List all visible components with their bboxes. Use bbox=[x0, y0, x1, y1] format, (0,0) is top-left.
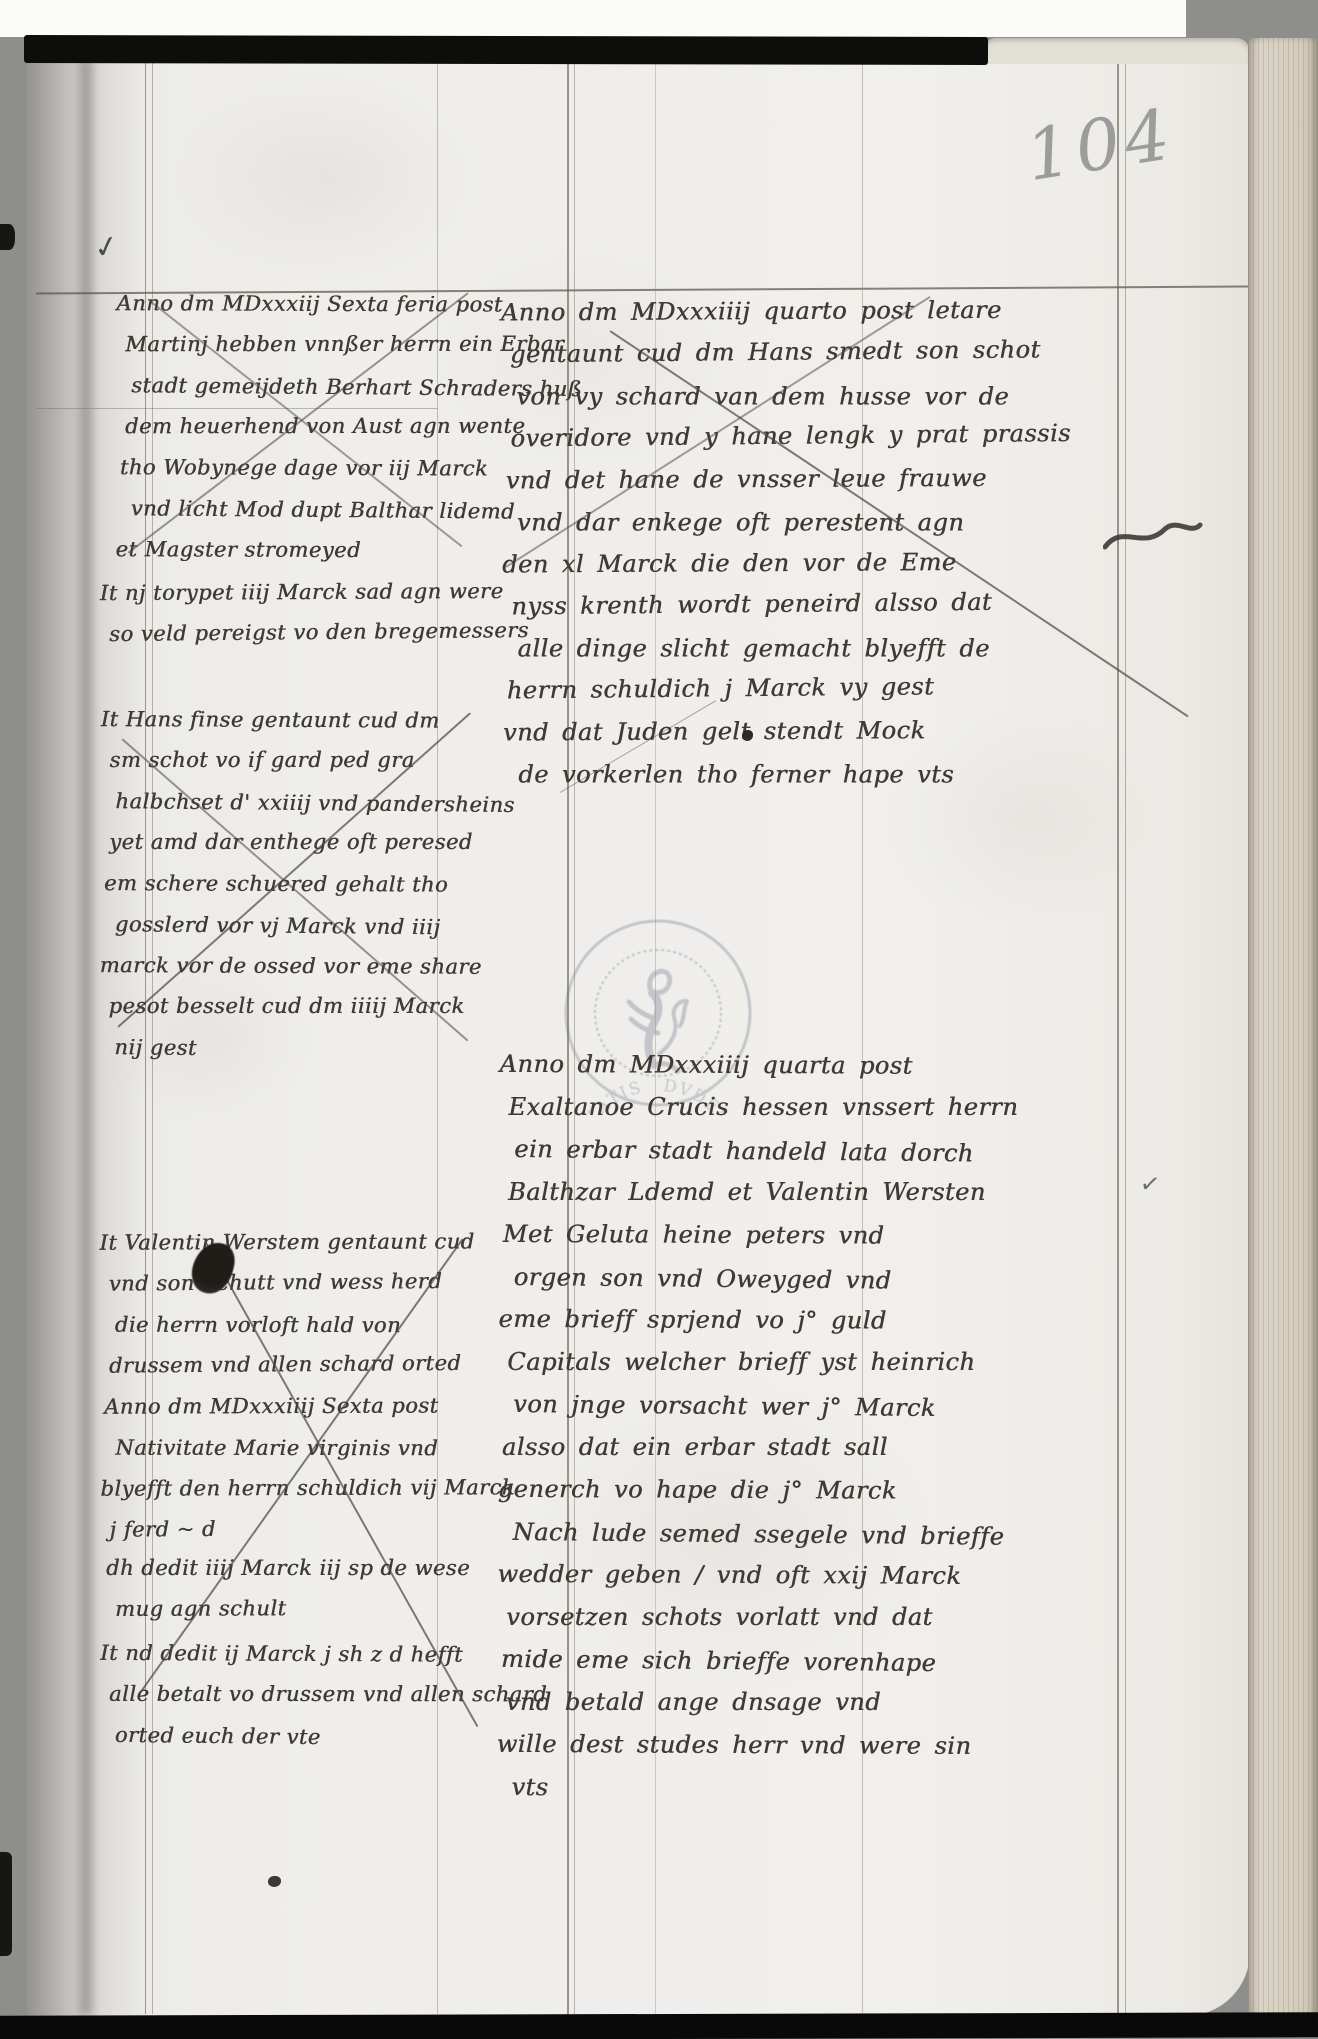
right-margin-rule-inner bbox=[1125, 60, 1126, 2014]
handwritten-line: ein erbar stadt handeld lata dorch bbox=[514, 1128, 1018, 1175]
handwritten-line: yet amd dar enthege oft peresed bbox=[109, 822, 514, 863]
book-cover-bottom-edge bbox=[0, 2012, 1318, 2039]
handwritten-line: It nj torypet iiij Marck sad agn were bbox=[100, 571, 529, 614]
right-margin-rule bbox=[1117, 60, 1119, 2014]
handwritten-line: dh dedit iiij Marck iij sp de wese bbox=[106, 1548, 470, 1589]
handwritten-line: orted euch der vte bbox=[115, 1715, 548, 1761]
handwritten-line: wedder geben / vnd oft xxij Marck bbox=[497, 1553, 1016, 1598]
handwritten-line: blyefft den herrn schuldich vij Marck bbox=[100, 1467, 515, 1509]
handwritten-line: vorsetzen schots vorlatt vnd dat bbox=[506, 1595, 1016, 1638]
handwritten-line: mide eme sich brieffe vorenhape bbox=[501, 1638, 1016, 1685]
entry-block-right-1: Anno dm MDxxxiiij quarto post letaregent… bbox=[501, 289, 1073, 796]
handwritten-line: Anno dm MDxxxiiij quarto post letare bbox=[501, 289, 1071, 334]
book-cover-top-edge bbox=[24, 35, 988, 65]
scanner-corner-gray bbox=[1186, 0, 1318, 42]
handwritten-line: mug agn schult bbox=[115, 1587, 470, 1630]
scanner-top-margin bbox=[0, 0, 1190, 37]
handwritten-line: marck vor de ossed vor eme share bbox=[100, 945, 515, 988]
entry-block-left-2: It nj torypet iiij Marck sad agn wereso … bbox=[100, 571, 529, 655]
handwritten-line: halbchset d' xxiiij vnd pandersheins bbox=[115, 781, 515, 826]
handwritten-line: Balthzar Ldemd et Valentin Wersten bbox=[508, 1170, 1018, 1213]
handwritten-line: drussem vnd allen schard orted bbox=[109, 1343, 515, 1387]
handwritten-line: nij gest bbox=[114, 1027, 514, 1072]
entry-block-left-3: It Hans finse gentaunt cud dmsm schot vo… bbox=[99, 699, 515, 1070]
binding-gutter-crease bbox=[80, 58, 92, 2016]
handwritten-line: den xl Marck die den vor de Eme bbox=[502, 541, 1072, 586]
handwritten-line: em schere schuered gehalt tho bbox=[104, 863, 515, 906]
handwritten-line: Exaltanoe Crucis hessen vnssert herrn bbox=[508, 1085, 1018, 1128]
handwritten-line: die herrn vorloft hald von bbox=[115, 1305, 515, 1347]
handwritten-line: vnd dat Juden gelt stendt Mock bbox=[503, 709, 1073, 754]
handwritten-line: Met Geluta heine peters vnd bbox=[503, 1213, 1018, 1258]
page-stack-edge bbox=[1248, 38, 1318, 2020]
entry-block-right-2: Anno dm MDxxxiiij quarta postExaltanoe C… bbox=[496, 1043, 1018, 1810]
handwritten-line: alsso dat ein erbar stadt sall bbox=[502, 1425, 1017, 1468]
handwritten-line: Nach lude semed ssegele vnd brieffe bbox=[512, 1510, 1016, 1557]
handwritten-line: vnd son Schutt vnd wess herd bbox=[108, 1261, 514, 1305]
handwritten-line: de vorkerlen tho ferner hape vts bbox=[518, 753, 1072, 795]
manuscript-scan: DVDERSTADENSIS + SECRETVM + CIVITATIS 10… bbox=[0, 0, 1318, 2039]
handwritten-line: vnd betald ange dnsage vnd bbox=[506, 1680, 1016, 1723]
entry-block-left-4: It Valentin Werstem gentaunt cudvnd son … bbox=[99, 1221, 515, 1550]
handwritten-line: It Valentin Werstem gentaunt cud bbox=[99, 1221, 514, 1263]
heavy-flourish bbox=[1103, 515, 1203, 560]
handwritten-line: alle betalt vo drussem vnd allen schard bbox=[109, 1674, 547, 1715]
handwritten-line: wille dest studes herr vnd were sin bbox=[497, 1723, 1016, 1768]
handwritten-line: herrn schuldich j Marck vy gest bbox=[507, 664, 1073, 711]
handwritten-line: Capitals welcher brieff yst heinrich bbox=[507, 1340, 1017, 1383]
handwritten-line: Anno dm MDxxxiiij Sexta post bbox=[104, 1385, 515, 1427]
handwritten-line: alle dinge slicht gemacht blyefft de bbox=[518, 627, 1072, 669]
checkmark-right: ✓ bbox=[1138, 1169, 1162, 1200]
handwritten-line: orgen son vnd Oweyged vnd bbox=[513, 1255, 1017, 1302]
handwritten-line: Nativitate Marie virginis vnd bbox=[115, 1428, 515, 1470]
handwritten-line: It Hans finse gentaunt cud dm bbox=[101, 699, 516, 742]
book-spine-mark bbox=[0, 1852, 12, 1956]
handwritten-line: sm schot vo if gard ped gra bbox=[110, 740, 515, 781]
handwritten-line: Anno dm MDxxxiiij quarta post bbox=[499, 1043, 1018, 1088]
handwritten-line: nyss krenth wordt peneird alsso dat bbox=[511, 580, 1072, 627]
page-top-edge bbox=[984, 38, 1250, 64]
handwritten-line: generch vo hape die j° Marck bbox=[498, 1468, 1017, 1513]
book-spine-mark bbox=[0, 224, 15, 250]
handwritten-line: gentaunt cud dm Hans smedt son schot bbox=[510, 328, 1071, 375]
handwritten-line: so veld pereigst vo den bregemessers bbox=[109, 610, 529, 655]
handwritten-line: pesot besselt cud dm iiiij Marck bbox=[108, 986, 513, 1027]
handwritten-line: j ferd ~ d bbox=[109, 1507, 515, 1551]
handwritten-line: vts bbox=[511, 1765, 1015, 1812]
handwritten-line: gosslerd vor vj Marck vnd iiij bbox=[115, 904, 515, 949]
handwritten-line: vnd det hane de vnsser leue frauwe bbox=[506, 457, 1072, 502]
handwritten-line: von jnge vorsacht wer j° Marck bbox=[513, 1383, 1017, 1430]
handwritten-line: eme brieff sprjend vo j° guld bbox=[498, 1298, 1017, 1343]
